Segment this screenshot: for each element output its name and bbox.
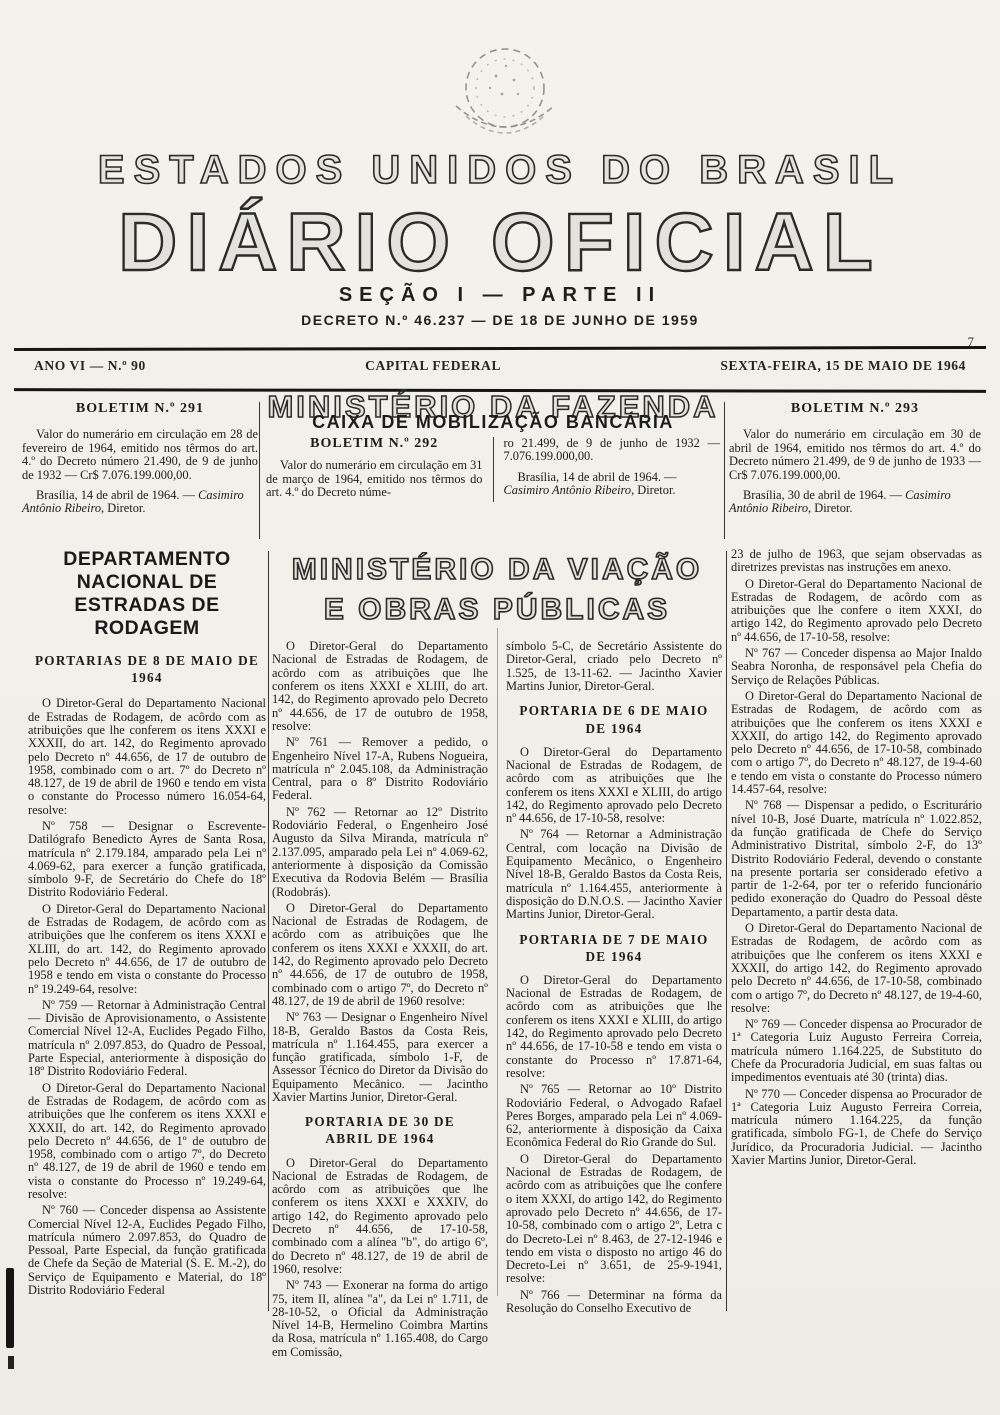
body-paragraph: O Diretor-Geral do Departamento Nacional… xyxy=(506,974,722,1080)
signature-role: , Diretor. xyxy=(631,483,675,497)
body-paragraph: O Diretor-Geral do Departamento Nacional… xyxy=(506,1153,722,1286)
bulletin-291-title: BOLETIM N.º 291 xyxy=(22,402,258,415)
portaria-heading: PORTARIA DE 7 DE MAIO DE 1964 xyxy=(514,931,714,965)
ministerio-viacao-title: MINISTÉRIO DA VIAÇÃOE OBRAS PÚBLICAS xyxy=(272,550,722,629)
viacao-line1: MINISTÉRIO DA VIAÇÃO xyxy=(292,553,703,586)
brazil-coat-of-arms xyxy=(430,36,580,150)
body-paragraph: Nº 758 — Designar o Escrevente-Datilógra… xyxy=(28,820,266,900)
masthead-section: SEÇÃO I — PARTE II xyxy=(0,284,1000,307)
gazette-page: ESTADOS UNIDOS DO BRASIL DIÁRIO OFICIAL … xyxy=(0,0,1000,1415)
body-paragraph: Nº 759 — Retornar à Administração Centra… xyxy=(28,999,266,1079)
portaria-heading: PORTARIA DE 30 DE ABRIL DE 1964 xyxy=(280,1113,480,1147)
body-paragraph: Nº 764 — Retornar a Administração Centra… xyxy=(506,828,722,921)
bulletin-292-col-a: BOLETIM N.º 292 Valor do numerário em ci… xyxy=(266,437,483,503)
ministerio-fazenda-section: MINISTÉRIO DA FAZENDA CAIXA DE MOBILIZAÇ… xyxy=(266,400,720,502)
body-paragraph: O Diretor-Geral do Departamento Nacional… xyxy=(272,1157,488,1277)
caixa-mobilizacao-subtitle: CAIXA DE MOBILIZAÇÃO BANCÁRIA xyxy=(266,416,720,429)
horizontal-rule-top xyxy=(14,346,986,351)
bulletin-292-col-b: ro 21.499, de 9 de junho de 1932 — 7.076… xyxy=(493,437,721,503)
body-paragraph: símbolo 5-C, de Secretário Assistente do… xyxy=(506,640,722,693)
bulletin-292-title: BOLETIM N.º 292 xyxy=(266,437,483,450)
viacao-column-left: O Diretor-Geral do Departamento Nacional… xyxy=(272,640,488,1362)
column-divider xyxy=(726,551,727,1311)
body-paragraph: Nº 760 — Conceder dispensa ao Assistente… xyxy=(28,1204,266,1297)
body-paragraph: O Diretor-Geral do Departamento Nacional… xyxy=(272,902,488,1008)
viacao-line2: E OBRAS PÚBLICAS xyxy=(324,593,670,626)
scan-ink-artifact xyxy=(6,1268,14,1348)
body-paragraph: O Diretor-Geral do Departamento Nacional… xyxy=(506,746,722,826)
signature-name: Casimiro Antônio Ribeiro xyxy=(504,483,632,497)
edition-number: ANO VI — N.º 90 xyxy=(34,358,146,374)
body-paragraph: O Diretor-Geral do Departamento Nacional… xyxy=(28,903,266,996)
body-paragraph: O Diretor-Geral do Departamento Nacional… xyxy=(28,697,266,817)
body-paragraph: Nº 770 — Conceder dispensa ao Procurador… xyxy=(731,1088,982,1168)
body-paragraph: Nº 769 — Conceder dispensa ao Procurador… xyxy=(731,1018,982,1084)
bulletin-293: BOLETIM N.º 293 Valor do numerário em ci… xyxy=(729,400,981,516)
body-paragraph: Nº 768 — Dispensar a pedido, o Escriturá… xyxy=(731,799,982,919)
bulletin-291-body: Valor do numerário em circulação em 28 d… xyxy=(22,428,258,482)
signature-place-date: Brasília, 14 de abril de 1964. — xyxy=(36,488,198,502)
signature-role: , Diretor. xyxy=(101,501,145,515)
body-paragraph: Nº 766 — Determinar na fórma da Resoluçã… xyxy=(506,1289,722,1316)
body-paragraph: Nº 763 — Designar o Engenheiro Nível 18-… xyxy=(272,1011,488,1104)
signature-role: , Diretor. xyxy=(808,501,852,515)
portarias-heading: PORTARIAS DE 8 DE MAIO DE 1964 xyxy=(28,652,266,686)
scan-ink-artifact xyxy=(8,1356,14,1369)
body-paragraph: Nº 743 — Exonerar na forma do artigo 75,… xyxy=(272,1279,488,1359)
bulletin-292-body-a: Valor do numerário em circulação em 31 d… xyxy=(266,459,483,499)
body-paragraph: Nº 762 — Retornar ao 12º Distrito Rodovi… xyxy=(272,806,488,899)
body-paragraph: Nº 765 — Retornar ao 10º Distrito Rodovi… xyxy=(506,1083,722,1149)
column-divider-faint xyxy=(497,628,498,1296)
body-paragraph: Nº 767 — Conceder dispensa ao Major Inal… xyxy=(731,647,982,687)
bulletin-293-body: Valor do numerário em circulação em 30 d… xyxy=(729,428,981,482)
bulletin-291: BOLETIM N.º 291 Valor do numerário em ci… xyxy=(22,400,258,516)
masthead-title: DIÁRIO OFICIAL xyxy=(0,196,1000,290)
column-divider xyxy=(724,402,725,539)
city-label: CAPITAL FEDERAL xyxy=(365,358,501,374)
body-paragraph: 23 de julho de 1963, que sejam observada… xyxy=(731,548,982,575)
body-paragraph: O Diretor-Geral do Departamento Nacional… xyxy=(731,690,982,796)
dateline: ANO VI — N.º 90 CAPITAL FEDERAL SEXTA-FE… xyxy=(34,358,966,374)
masthead-country: ESTADOS UNIDOS DO BRASIL xyxy=(0,148,1000,193)
body-paragraph: O Diretor-Geral do Departamento Nacional… xyxy=(731,578,982,644)
dner-column-text: O Diretor-Geral do Departamento Nacional… xyxy=(28,697,266,1297)
column-right: 23 de julho de 1963, que sejam observada… xyxy=(731,548,982,1170)
bulletin-291-signature: Brasília, 14 de abril de 1964. — Casimir… xyxy=(22,489,258,516)
body-paragraph: Nº 761 — Remover a pedido, o Engenheiro … xyxy=(272,736,488,802)
bulletin-293-signature: Brasília, 30 de abril de 1964. — Casimir… xyxy=(729,489,981,516)
bulletin-292-signature: Brasília, 14 de abril de 1964. — Casimir… xyxy=(504,471,721,498)
bulletin-292-body-b: ro 21.499, de 9 de junho de 1932 — 7.076… xyxy=(504,437,721,464)
signature-place-date: Brasília, 14 de abril de 1964. — xyxy=(518,470,677,484)
body-paragraph: O Diretor-Geral do Departamento Nacional… xyxy=(731,922,982,1015)
column-divider xyxy=(259,402,260,539)
issue-date: SEXTA-FEIRA, 15 DE MAIO DE 1964 xyxy=(720,358,966,374)
portaria-heading: PORTARIA DE 6 DE MAIO DE 1964 xyxy=(514,702,714,736)
signature-place-date: Brasília, 30 de abril de 1964. — xyxy=(743,488,905,502)
body-paragraph: O Diretor-Geral do Departamento Nacional… xyxy=(272,640,488,733)
masthead-decree: DECRETO N.º 46.237 — DE 18 DE JUNHO DE 1… xyxy=(0,312,1000,328)
viacao-column-right: símbolo 5-C, de Secretário Assistente do… xyxy=(506,640,722,1362)
bulletin-293-title: BOLETIM N.º 293 xyxy=(729,402,981,415)
column-dner: DEPARTAMENTO NACIONAL DE ESTRADAS DE ROD… xyxy=(28,548,266,1300)
body-paragraph: O Diretor-Geral do Departamento Nacional… xyxy=(28,1082,266,1202)
column-divider xyxy=(268,551,269,1311)
dner-header: DEPARTAMENTO NACIONAL DE ESTRADAS DE ROD… xyxy=(28,548,266,640)
